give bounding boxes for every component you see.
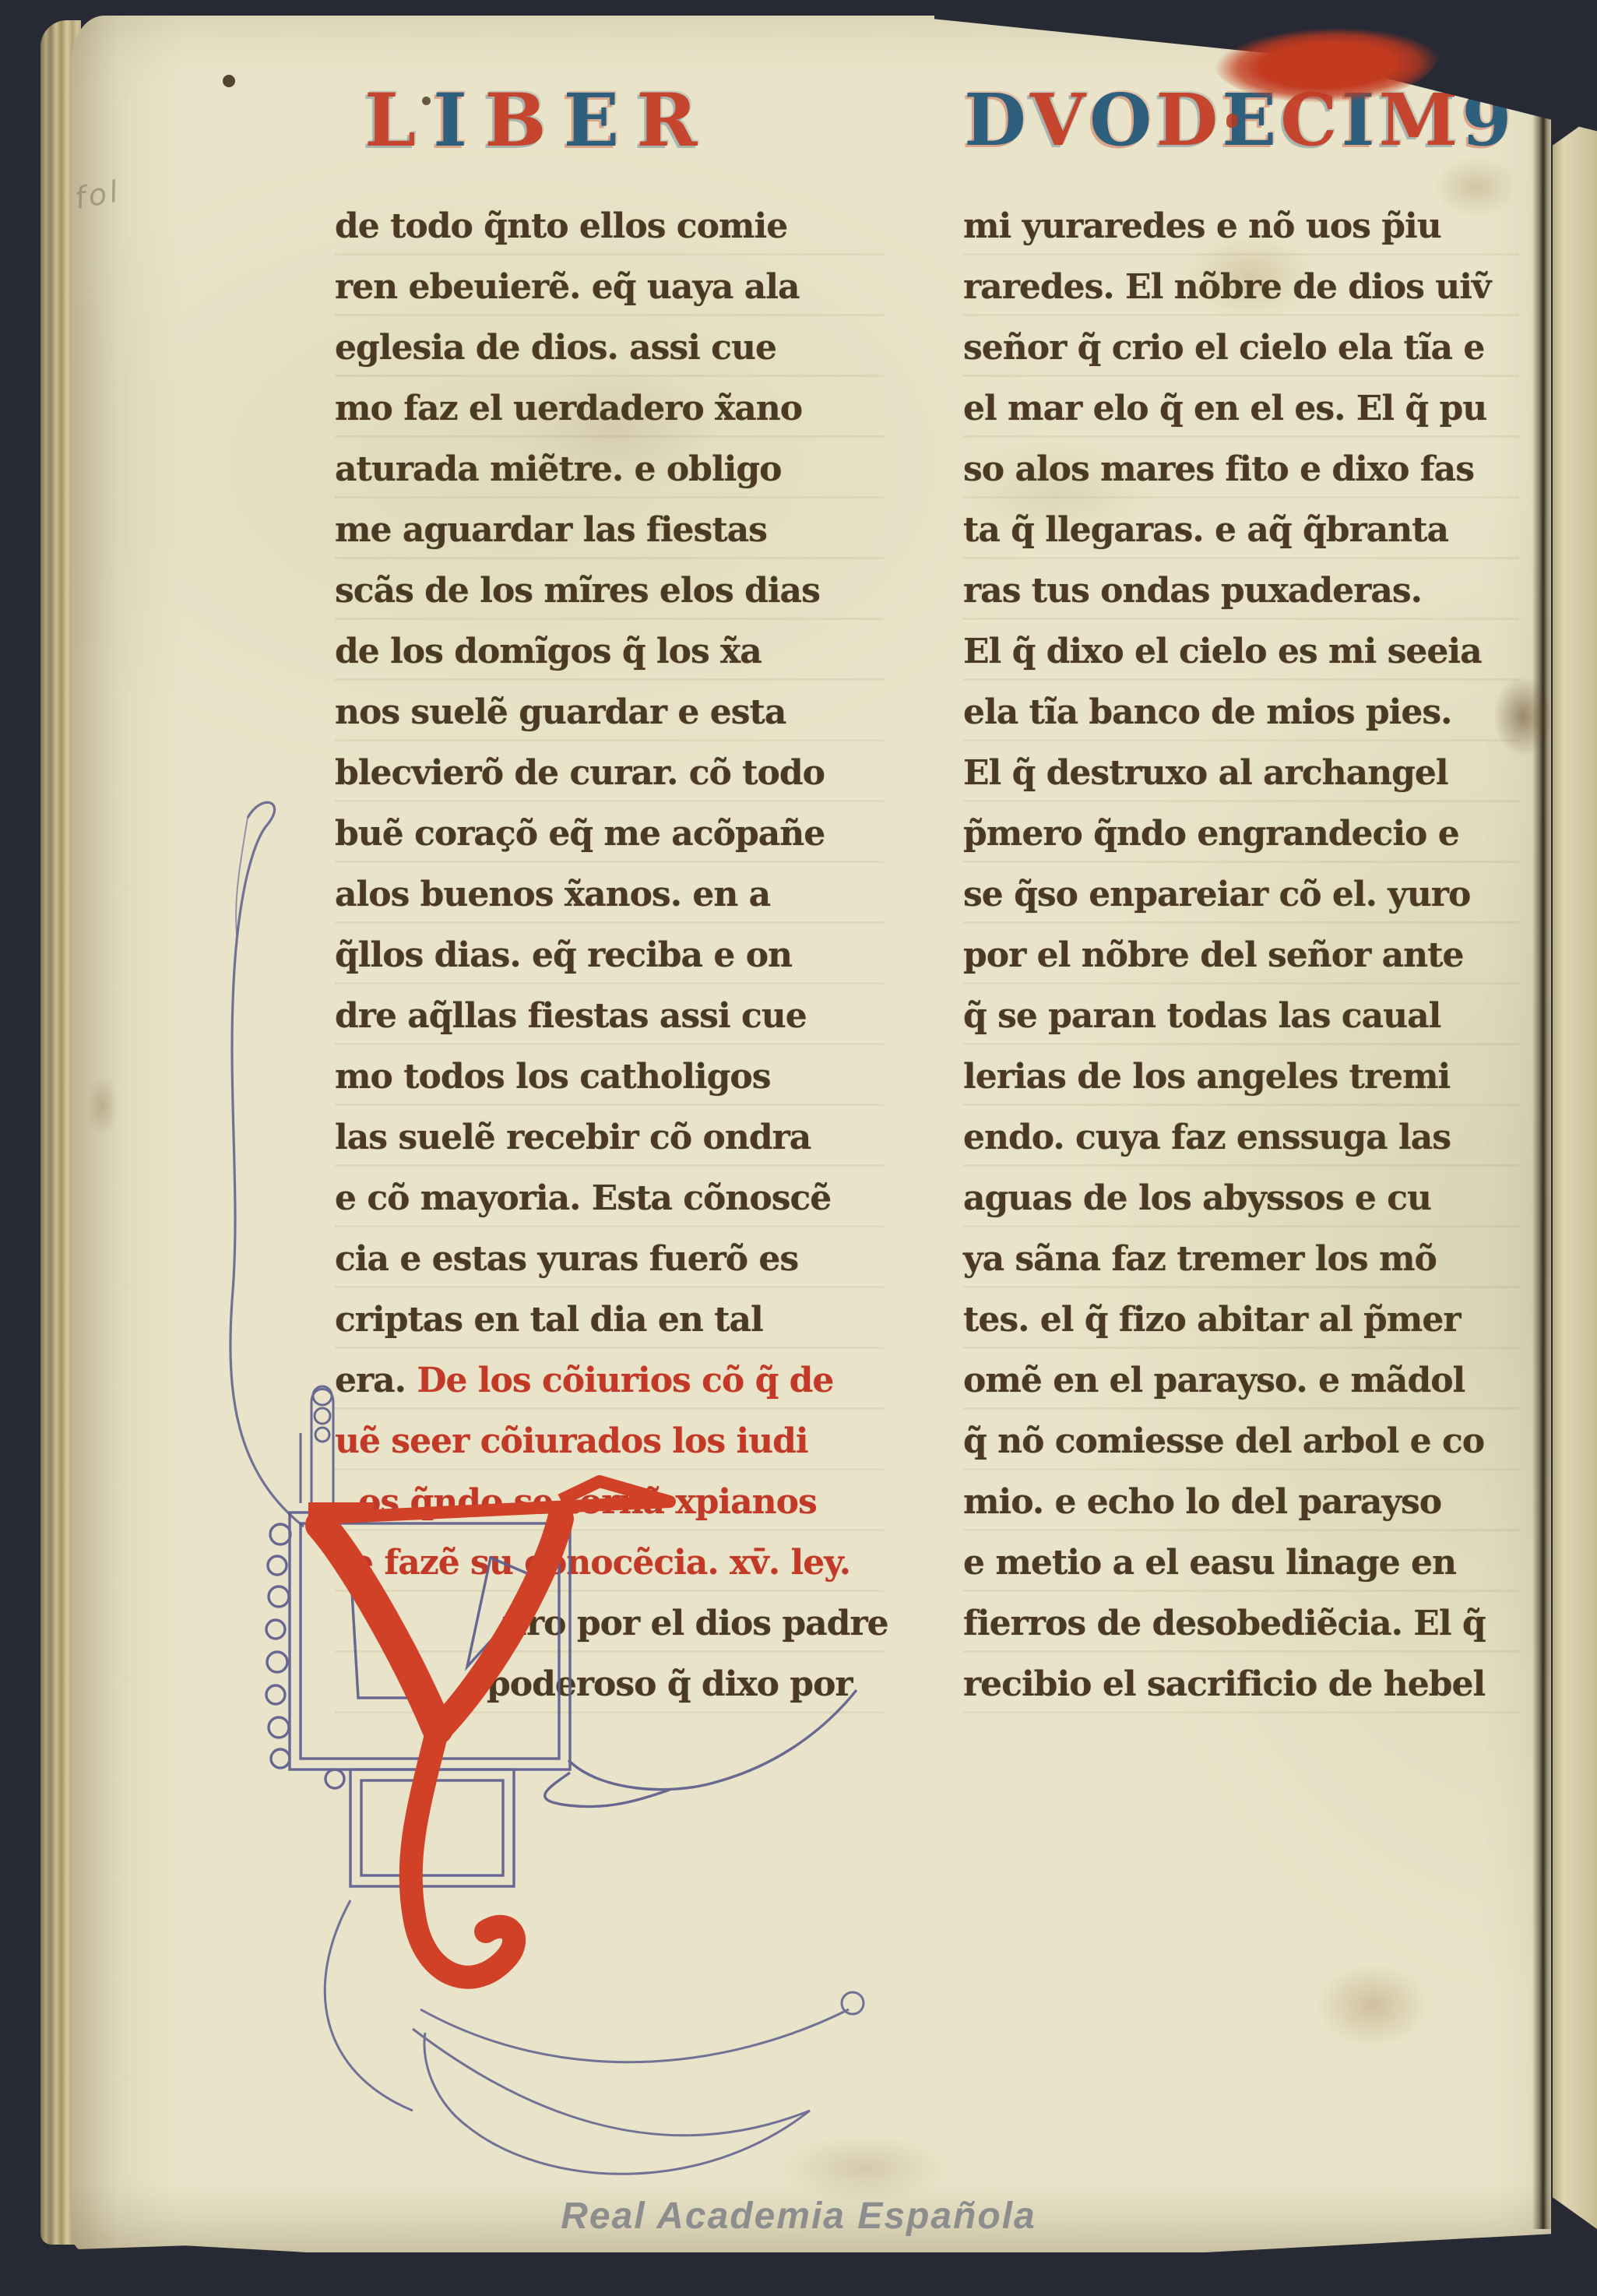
body-text: señor q̃ crio el cielo ela tĩa e xyxy=(963,328,1484,368)
body-text: so alos mares fito e dixo fas xyxy=(963,449,1474,489)
page-crease xyxy=(1532,101,1553,2229)
body-text: blecvierõ de curar. cõ todo xyxy=(335,753,825,793)
header-letter: V xyxy=(1030,84,1085,156)
body-text: de los domĩgos q̃ los x̃a xyxy=(335,632,762,671)
text-column-right: mi yuraredes e nõ uos p̃iuraredes. El n… xyxy=(963,196,1519,1715)
body-text: aguas de los abyssos e cu xyxy=(963,1178,1431,1218)
header-letter: B xyxy=(484,84,546,157)
manuscript-line: e cõ mayoria. Esta cõnoscẽ xyxy=(335,1168,884,1229)
manuscript-line: recibio el sacrificio de hebel xyxy=(963,1654,1519,1715)
next-page-edge xyxy=(1553,114,1597,2229)
manuscript-line: nos suelẽ guardar e esta xyxy=(335,682,884,743)
body-text: el mar elo q̃ en el es. El q̃ pu xyxy=(963,389,1486,428)
manuscript-line: mo todos los catholigos xyxy=(335,1047,884,1108)
manuscript-line: e metio a el easu linage en xyxy=(963,1533,1519,1593)
body-text: se q̃so enpareiar cõ el. yuro xyxy=(963,875,1470,914)
manuscript-line: raredes. El nõbre de dios uiṽ xyxy=(963,257,1519,318)
header-letter: D xyxy=(964,84,1026,156)
body-text: dre aq̃llas fiestas assi cue xyxy=(335,996,807,1036)
body-text: e cõ mayoria. Esta cõnoscẽ xyxy=(335,1178,831,1218)
manuscript-line: el mar elo q̃ en el es. El q̃ pu xyxy=(963,379,1519,439)
body-text: endo. cuya faz enssuga las xyxy=(963,1118,1451,1157)
header-letter: E xyxy=(564,84,620,157)
body-text: p̃mero q̃ndo engrandecio e xyxy=(963,814,1459,854)
manuscript-line: ela tĩa banco de mios pies. xyxy=(963,682,1519,743)
body-text: mi yuraredes e nõ uos p̃iu xyxy=(963,206,1441,246)
body-text: fierros de desobediẽcia. El q̃ xyxy=(963,1604,1486,1643)
manuscript-line: endo. cuya faz enssuga las xyxy=(963,1108,1519,1168)
body-text: ta q̃ llegaras. e aq̃ q̃branta xyxy=(963,510,1448,550)
manuscript-line: alos buenos x̃anos. en a xyxy=(335,865,884,925)
body-text: nos suelẽ guardar e esta xyxy=(335,692,786,732)
manuscript-line: q̃ se paran todas las caual xyxy=(963,986,1519,1047)
penwork-tower xyxy=(301,1386,333,1503)
manuscript-line: aturada miẽtre. e obligo xyxy=(335,439,884,500)
manuscript-line: blecvierõ de curar. cõ todo xyxy=(335,743,884,804)
manuscript-line: fierros de desobediẽcia. El q̃ xyxy=(963,1593,1519,1654)
body-text: eglesia de dios. assi cue xyxy=(335,328,776,368)
library-watermark: Real Academia Española xyxy=(0,2195,1597,2238)
body-text: q̃ se paran todas las caual xyxy=(963,996,1440,1036)
manuscript-line: mio. e echo lo del parayso xyxy=(963,1472,1519,1533)
body-text: q̃llos dias. eq̃ reciba e on xyxy=(335,935,792,975)
body-text: ya sãna faz tremer los mõ xyxy=(963,1239,1437,1279)
header-letter: M xyxy=(1379,84,1458,156)
body-text: mo faz el uerdadero x̃ano xyxy=(335,389,802,428)
manuscript-line: por el nõbre del señor ante xyxy=(963,925,1519,986)
body-text: raredes. El nõbre de dios uiṽ xyxy=(963,267,1490,307)
manuscript-line: q̃llos dias. eq̃ reciba e on xyxy=(335,925,884,986)
body-text: alos buenos x̃anos. en a xyxy=(335,875,770,914)
header-letter: D xyxy=(1156,84,1218,156)
body-text: El q̃ dixo el cielo es mi seeia xyxy=(963,632,1482,671)
manuscript-line: El q̃ dixo el cielo es mi seeia xyxy=(963,622,1519,682)
body-text: El q̃ destruxo al archangel xyxy=(963,753,1448,793)
manuscript-line: cia e estas yuras fuerõ es xyxy=(335,1229,884,1290)
manuscript-line: p̃mero q̃ndo engrandecio e xyxy=(963,804,1519,865)
manuscript-line: dre aq̃llas fiestas assi cue xyxy=(335,986,884,1047)
manuscript-line: omẽ en el parayso. e mãdol xyxy=(963,1350,1519,1411)
body-text: buẽ coraçõ eq̃ me acõpañe xyxy=(335,814,825,854)
body-text: scãs de los mĩres elos dias xyxy=(335,571,820,611)
header-letter: L xyxy=(364,84,416,157)
header-letter: O xyxy=(1089,84,1152,156)
manuscript-line: so alos mares fito e dixo fas xyxy=(963,439,1519,500)
body-text: ras tus ondas puxaderas. xyxy=(963,571,1422,611)
body-text: q̃ nõ comiesse del arbol e co xyxy=(963,1421,1484,1461)
manuscript-line: ras tus ondas puxaderas. xyxy=(963,561,1519,622)
manuscript-line: mo faz el uerdadero x̃ano xyxy=(335,379,884,439)
header-letter: R xyxy=(636,84,697,157)
manuscript-line: tes. el q̃ fizo abitar al p̃mer xyxy=(963,1290,1519,1350)
manuscript-line: de los domĩgos q̃ los x̃a xyxy=(335,622,884,682)
manuscript-line: ya sãna faz tremer los mõ xyxy=(963,1229,1519,1290)
body-text: de todo q̃nto ellos comie xyxy=(335,206,787,246)
body-text: mo todos los catholigos xyxy=(335,1057,771,1097)
body-text: aturada miẽtre. e obligo xyxy=(335,449,781,489)
body-text: me aguardar las fiestas xyxy=(335,510,767,550)
body-text: recibio el sacrificio de hebel xyxy=(963,1664,1485,1704)
manuscript-line: aguas de los abyssos e cu xyxy=(963,1168,1519,1229)
body-text: por el nõbre del señor ante xyxy=(963,935,1463,975)
body-text: omẽ en el parayso. e mãdol xyxy=(963,1361,1465,1400)
manuscript-line: me aguardar las fiestas xyxy=(335,500,884,561)
body-text: e metio a el easu linage en xyxy=(963,1543,1456,1583)
manuscript-line: eglesia de dios. assi cue xyxy=(335,318,884,379)
header-letter: I xyxy=(433,84,467,157)
manuscript-line: ren ebeuierẽ. eq̃ uaya ala xyxy=(335,257,884,318)
penwork-tail-flourish xyxy=(325,1900,864,2174)
manuscript-line: lerias de los angeles tremi xyxy=(963,1047,1519,1108)
manuscript-line: las suelẽ recebir cõ ondra xyxy=(335,1108,884,1168)
body-text: ela tĩa banco de mios pies. xyxy=(963,692,1451,732)
running-header-duodecimus: DVODECIM9 xyxy=(964,84,1515,156)
running-header-liber: LIBER xyxy=(364,84,714,157)
body-text: ren ebeuierẽ. eq̃ uaya ala xyxy=(335,267,799,307)
manuscript-line: señor q̃ crio el cielo ela tĩa e xyxy=(963,318,1519,379)
manuscript-line: buẽ coraçõ eq̃ me acõpañe xyxy=(335,804,884,865)
body-text: tes. el q̃ fizo abitar al p̃mer xyxy=(963,1300,1461,1340)
manuscript-line: scãs de los mĩres elos dias xyxy=(335,561,884,622)
manuscript-line: de todo q̃nto ellos comie xyxy=(335,196,884,257)
manuscript-line: se q̃so enpareiar cõ el. yuro xyxy=(963,865,1519,925)
illuminated-initial-Y xyxy=(234,1324,888,2227)
body-text: mio. e echo lo del parayso xyxy=(963,1482,1441,1522)
manuscript-line: q̃ nõ comiesse del arbol e co xyxy=(963,1411,1519,1472)
body-text: cia e estas yuras fuerõ es xyxy=(335,1239,798,1279)
manuscript-line: ta q̃ llegaras. e aq̃ q̃branta xyxy=(963,500,1519,561)
manuscript-line: El q̃ destruxo al archangel xyxy=(963,743,1519,804)
body-text: las suelẽ recebir cõ ondra xyxy=(335,1118,811,1157)
body-text: lerias de los angeles tremi xyxy=(963,1057,1450,1097)
initial-letter-body xyxy=(308,1481,670,1977)
manuscript-line: mi yuraredes e nõ uos p̃iu xyxy=(963,196,1519,257)
